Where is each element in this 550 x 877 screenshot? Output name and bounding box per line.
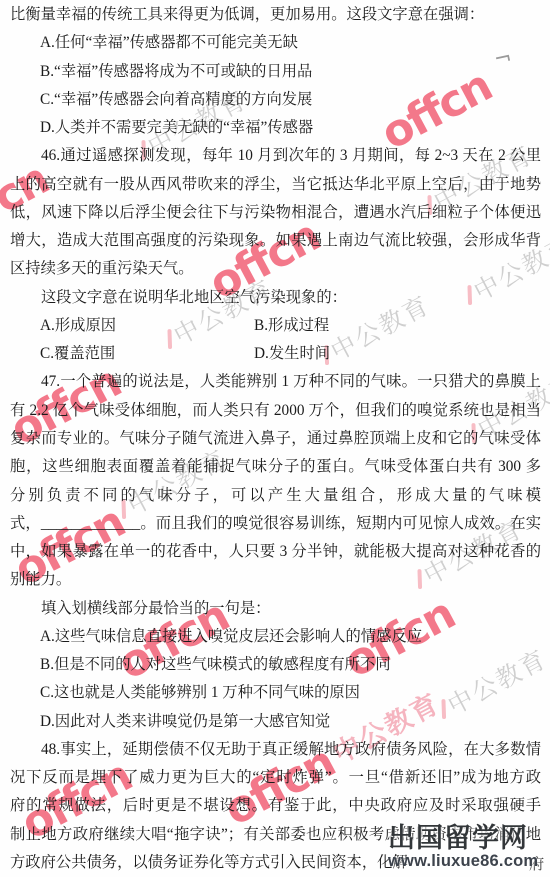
option-a: A.形成原因 [40,312,254,340]
question-48-line: 况下反而是埋下了威力更为巨大的“定时炸弹”。一旦“借新还旧”成为地方政 [10,764,541,792]
liuxue86-logo: 出国留学网 www.liuxue86.com [388,825,538,870]
option-c: C.这也就是人类能够辨别 1 万种不同气味的原因 [10,679,541,707]
option-d: D.因此对人类来讲嗅觉仍是第一大感官知觉 [10,708,541,736]
liuxue86-site-name: 出国留学网 [388,825,538,851]
question-47-line: 分别负责不同的气味分子，可以产生大量组合，形成大量的气味模 [10,482,541,510]
option-a: A.这些气味信息直接进入嗅觉皮层还会影响人的情感反应 [10,623,541,651]
option-d: D.人类并不需要完美无缺的“幸福”传感器 [10,114,541,142]
option-row: A.形成原因B.形成过程 [10,312,541,340]
option-b: B.“幸福”传感器将成为不可或缺的日用品 [10,58,541,86]
option-c: C.“幸福”传感器会向着高精度的方向发展 [10,86,541,114]
question-46-line: 46.通过遥感探测发现，每年 10 月到次年的 3 月期间，每 2~3 天在 2… [10,142,541,170]
question-47-line: 47.一个普遍的说法是，人类能辨别 1 万种不同的气味。一只猎犬的鼻膜上 [10,368,541,396]
question-47-line: 别能力。 [10,566,541,594]
option-b: B.但是不同的人对这些气味模式的敏感程度有所不同 [10,651,541,679]
question-46-line: 低，风速下降以后浮尘便会往下与污染物相混合，遭遇水汽后细粒子个体便迅速 [10,199,541,227]
question-46-line: 区持续多天的重污染天气。 [10,255,541,283]
option-row: C.覆盖范围D.发生时间 [10,340,541,368]
question-47-line: 复杂而专业的。气味分子随气流进入鼻子，通过鼻腔顶端上皮和它的气味受体细 [10,425,541,453]
question-47-prompt: 填入划横线部分最恰当的一句是： [10,595,541,623]
question-46-prompt: 这段文字意在说明华北地区空气污染现象的： [10,284,541,312]
text-line: 比衡量幸福的传统工具来得更为低调，更加易用。这段文字意在强调： [10,1,541,29]
option-a: A.任何“幸福”传感器都不可能完美无缺 [10,29,541,57]
question-47-line: 中，如果暴露在单一的花香中，人只要 3 分半钟，就能极大提高对这种花香的辨 [10,538,541,566]
scanned-exam-page: offcn ¬ offcn offcn offcn offcn offcn of… [0,0,550,877]
question-48-line: 府的常规做法，后时更是不堪设想。有鉴于此，中央政府应及时采取强硬手段， [10,792,541,820]
option-b: B.形成过程 [254,317,329,334]
question-46-line: 增大，造成大范围高强度的污染现象。如果遇上南边气流比较强，会形成华背地 [10,227,541,255]
question-48-line: 48.事实上，延期偿债不仅无助于真正缓解地方政府债务风险，在大多数情 [10,736,541,764]
document-text: 比衡量幸福的传统工具来得更为低调，更加易用。这段文字意在强调： A.任何“幸福”… [0,0,550,877]
option-d: D.发生时间 [254,345,330,362]
liuxue86-site-url: www.liuxue86.com [388,853,538,870]
option-c: C.覆盖范围 [40,340,254,368]
question-47-line: 有 2.2 亿个气味受体细胞，而人类只有 2000 万个，但我们的嗅觉系统也是相… [10,397,541,425]
question-46-line: 上的高空就有一股从西风带吹来的浮尘，当它抵达华北平原上空后，由于地势降 [10,171,541,199]
question-47-blank-line: 式，_____________。而且我们的嗅觉很容易训练，短期内可见惊人成效。在… [10,510,541,538]
question-47-line: 胞，这些细胞表面覆盖着能捕捉气味分子的蛋白。气味受体蛋白共有 300 多种， [10,453,541,481]
